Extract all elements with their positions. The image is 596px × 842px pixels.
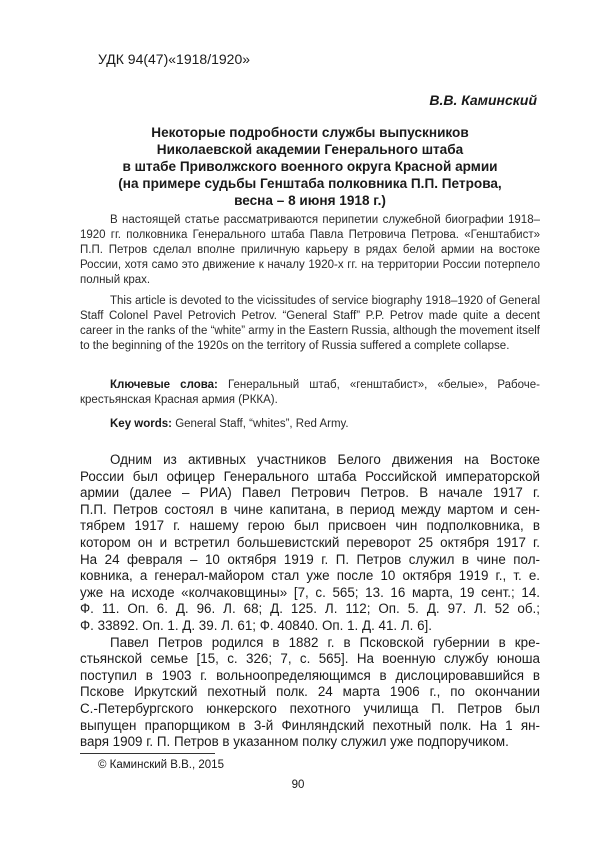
article-title: Некоторые подробности службы выпускников… xyxy=(80,124,540,209)
body-line: На 24 февраля – 10 октября 1919 г. П. Пе… xyxy=(80,552,540,569)
title-line: (на примере судьбы Генштаба полковника П… xyxy=(80,175,540,192)
keywords-ru-label: Ключевые слова: xyxy=(110,379,218,391)
keywords-en-text: General Staff, “whites”, Red Army. xyxy=(172,418,349,430)
abstract-en-text: This article is devoted to the vicissitu… xyxy=(80,294,540,354)
author-name: В.В. Каминский xyxy=(429,92,537,108)
copyright-footnote: © Каминский В.В., 2015 xyxy=(98,759,224,771)
body-line: П.П. Петров состоял в чине капитана, в п… xyxy=(80,502,540,519)
page-number: 90 xyxy=(0,779,596,791)
body-line: выпущен прапорщиком в 3-й Финляндский пе… xyxy=(80,718,540,735)
abstract-russian: В настоящей статье рассматриваются перип… xyxy=(80,213,540,288)
body-line: тябрем 1917 г. нашему герою был присвоен… xyxy=(80,518,540,535)
body-line: С.-Петербургского юнкерского пехотного у… xyxy=(80,701,540,718)
body-line: Пскове Иркутский пехотный полк. 24 марта… xyxy=(80,684,540,701)
keywords-russian: Ключевые слова: Генеральный штаб, «геншт… xyxy=(80,378,540,408)
footnote-divider xyxy=(80,753,215,754)
title-line: в штабе Приволжского военного округа Кра… xyxy=(80,158,540,175)
body-line: России был офицер Генерального штаба Рос… xyxy=(80,469,540,486)
keywords-english: Key words: General Staff, “whites”, Red … xyxy=(80,417,540,432)
udk-code: УДК 94(47)«1918/1920» xyxy=(98,51,250,67)
article-body: Одним из активных участников Белого движ… xyxy=(80,452,540,751)
body-line: Одним из активных участников Белого движ… xyxy=(80,452,540,469)
title-line: Николаевской академии Генерального штаба xyxy=(80,141,540,158)
title-line: Некоторые подробности службы выпускников xyxy=(80,124,540,141)
body-line: котором он и встретил большевистский пер… xyxy=(80,535,540,552)
body-line: поступил в 1903 г. вольноопределяющимся … xyxy=(80,668,540,685)
body-line: Ф. 11. Оп. 6. Д. 96. Л. 68; Д. 125. Л. 1… xyxy=(80,601,540,618)
body-line: варя 1909 г. П. Петров в указанном полку… xyxy=(80,734,540,751)
keywords-en-label: Key words: xyxy=(110,418,172,430)
body-line: уже на исходе «колчаковщины» [7, с. 565;… xyxy=(80,585,540,602)
abstract-ru-text: В настоящей статье рассматриваются перип… xyxy=(80,213,540,288)
body-line: стьянской семье [15, с. 326; 7, с. 565].… xyxy=(80,651,540,668)
body-line: Ф. 33892. Оп. 1. Д. 39. Л. 61; Ф. 40840.… xyxy=(80,618,540,635)
abstract-english: This article is devoted to the vicissitu… xyxy=(80,294,540,354)
title-line: весна – 8 июня 1918 г.) xyxy=(80,192,540,209)
body-line: армии (далее – РИА) Павел Петрович Петро… xyxy=(80,485,540,502)
body-line: Павел Петров родился в 1882 г. в Псковск… xyxy=(80,635,540,652)
body-line: ковника, а генерал-майором стал уже посл… xyxy=(80,568,540,585)
journal-page: УДК 94(47)«1918/1920» В.В. Каминский Нек… xyxy=(0,0,596,842)
